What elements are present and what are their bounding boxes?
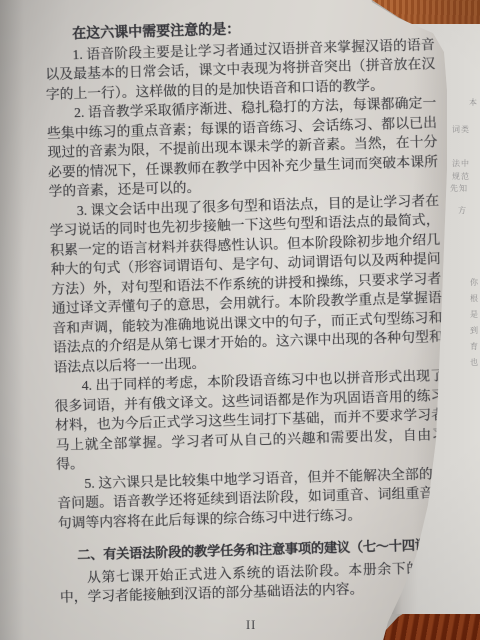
facing-page-fragment: 规范 [452,172,470,181]
page-content: 在这六课中需要注意的是： 1. 语音阶段主要是让学习者通过汉语拼音来掌握汉语的语… [44,15,450,607]
facing-page-fragment: 先知 [450,184,468,193]
facing-page-fragment: 方 [458,206,467,215]
paragraph-5: 5. 这六课只是比较集中地学习语音，但并不能解决全部的语音问题。语音教学还将延续… [57,463,448,532]
paragraph-6: 从第七课开始正式进入系统的语法阶段。本册余下的八课中，学习者能接触到汉语的部分基… [59,557,450,607]
page-number: II [246,618,256,633]
book-photo: 本 词类 法中 规范 先知 方 你 根 是 到 育 也 在这六课中需要注意的是：… [0,0,480,640]
paragraph-3: 3. 课文会话中出现了很多句型和语法点，目的是让学习者在学习说话的同时也先初步接… [49,191,444,377]
paragraph-2: 2. 语音教学采取循序渐进、稳扎稳打的方法，每课都确定一些集中练习的重点音素；每… [46,93,439,201]
paragraph-4: 4. 出于同样的考虑，本阶段语音练习中也以拼音形式出现了很多词语，并有俄文译文。… [54,366,447,474]
facing-page-fragment: 也 [470,358,479,367]
facing-page-fragment: 本 [469,98,478,107]
facing-page-fragment: 词类 [452,125,470,134]
facing-page-fragment: 是 [470,310,479,319]
facing-page-fragment: 育 [470,342,479,351]
facing-page-fragment: 根 [470,294,479,303]
facing-page-fragment: 法中 [452,159,470,168]
facing-page-fragment: 到 [470,326,479,335]
facing-page-fragment: 你 [470,278,479,287]
book-page: 在这六课中需要注意的是： 1. 语音阶段主要是让学习者通过汉语拼音来掌握汉语的语… [0,0,480,640]
paragraph-1: 1. 语音阶段主要是让学习者通过汉语拼音来掌握汉语的语音以及最基本的日常会话，课… [45,35,436,104]
